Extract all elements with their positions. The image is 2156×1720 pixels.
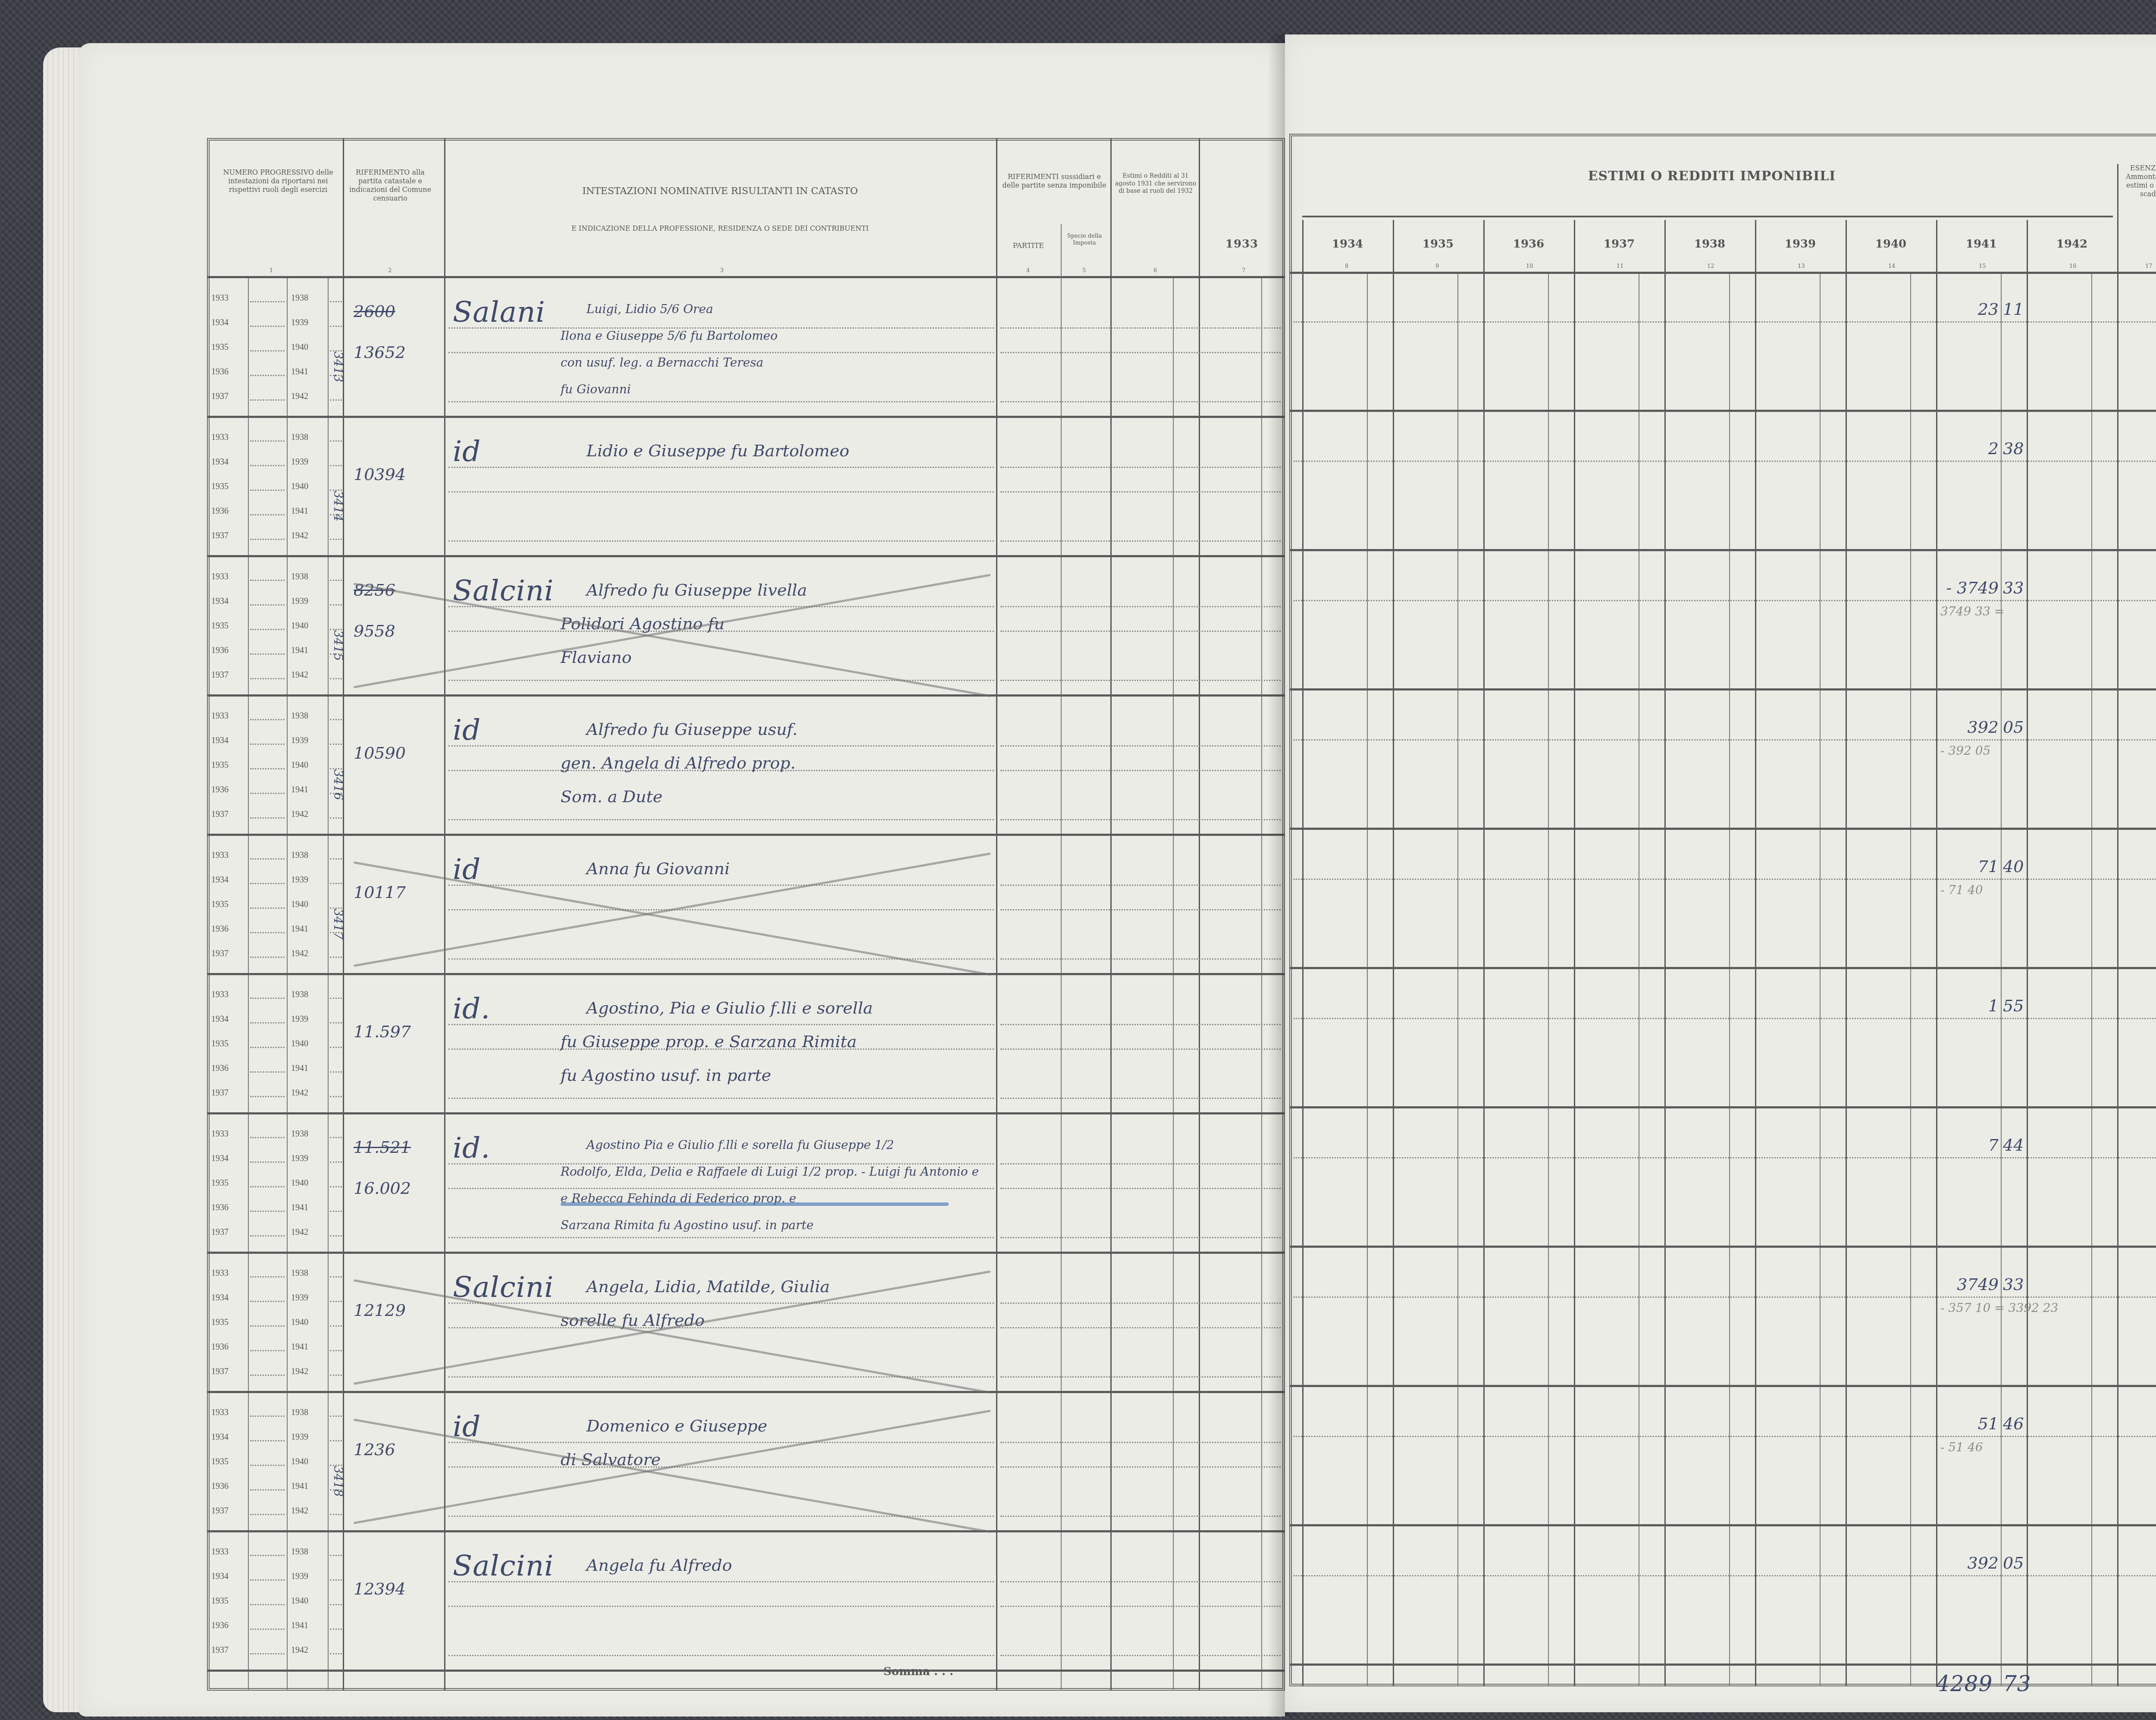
dotted-rule [330,1555,342,1556]
entry-line: Angela fu Alfredo [586,1556,732,1575]
dotted-rule [250,301,285,302]
dotted-rule [250,1325,285,1327]
dotted-rule [330,301,342,302]
dotted-rule [250,1047,285,1048]
entry-partita: 9558 [354,621,395,640]
dotted-rule [1294,1157,2156,1158]
dotted-rule [1294,1436,2156,1437]
year-label: 1937 [211,1088,229,1098]
dotted-rule [330,998,342,999]
dotted-rule [1000,1098,1281,1099]
year-label: 1933 [211,1408,229,1418]
value-1941-lire: 1 [1945,996,1999,1015]
dotted-rule [330,1211,342,1212]
dotted-rule [1000,540,1281,542]
dotted-rule [1000,1442,1281,1443]
dotted-rule [1000,1048,1281,1050]
entry-line: Sarzana Rimita fu Agostino usuf. in part… [561,1218,814,1232]
year-label: 1940 [291,1596,308,1606]
grid-line [287,278,288,1691]
value-1941-lire: 392 [1945,718,1999,737]
dotted-rule [330,1629,342,1630]
dotted-rule [250,465,285,466]
dotted-rule [250,539,285,540]
entry-line: Alfredo fu Giuseppe livella [586,581,807,599]
grid-line [1639,274,1639,1686]
subheader-rule [1302,216,2113,217]
value-1941-pencil-note: - 357 10 = 3392 23 [1940,1301,2058,1315]
dotted-rule [1000,1581,1281,1582]
row-divider [1289,688,2156,691]
dotted-rule [1000,1188,1281,1189]
dotted-rule [330,465,342,466]
dotted-rule [250,1071,285,1073]
entry-partita: 12129 [354,1301,406,1320]
year-label: 1942 [291,810,308,819]
dotted-rule [250,1137,285,1138]
value-1941-cent: 55 [2003,996,2024,1015]
sum-1941-cent: 73 [2003,1671,2031,1696]
dotted-rule [1000,1024,1281,1025]
dotted-rule [250,1022,285,1023]
dotted-rule [1000,1303,1281,1304]
dotted-rule [250,490,285,491]
entry-line: Ilona e Giuseppe 5/6 fu Bartolomeo [561,329,777,343]
value-1941-cent: 33 [2003,1275,2024,1294]
dotted-rule [1294,600,2156,601]
year-label: 1939 [291,1014,308,1024]
grid-line [1457,274,1458,1686]
grid-line [2001,274,2002,1686]
entry-line: Flaviano [561,648,632,667]
dotted-rule [330,957,342,958]
entry-prog-number: 3417 [331,909,345,939]
dotted-rule [330,1375,342,1376]
year-label: 1934 [211,318,229,328]
dotted-rule [250,440,285,442]
year-label: 1942 [291,670,308,680]
entry-partita: 10117 [354,883,406,902]
dotted-rule [250,1211,285,1212]
dotted-rule [330,1350,342,1351]
dotted-rule [1000,606,1281,607]
year-label: 1936 [211,785,229,795]
year-label: 1938 [291,851,308,860]
colnum-17: 17 [2145,263,2153,270]
dotted-rule [250,719,285,720]
dotted-rule [1000,885,1281,886]
year-label: 1933 [211,572,229,582]
year-label: 1935 [211,1318,229,1328]
year-label: 1941 [291,367,308,377]
year-label: 1942 [291,531,308,541]
left-page: NUMERO PROGRESSIVO delle intestazioni da… [78,43,1285,1717]
dotted-rule [330,440,342,442]
dotted-rule [448,909,994,910]
entry-line: Anna fu Giovanni [586,859,730,878]
entry-line: Angela, Lidia, Matilde, Giulia [586,1277,830,1296]
header-year: 1941 [1936,237,2027,251]
dotted-rule [330,883,342,884]
entry-divider [207,973,1285,975]
year-label: 1938 [291,1129,308,1139]
dotted-rule [1294,321,2156,323]
header-riferimenti: RIFERIMENTI sussidiari e delle partite s… [998,173,1110,190]
header-rule-right [1289,272,2156,274]
dotted-rule [330,858,342,860]
dotted-rule [448,540,994,542]
value-1941-cent: 05 [2003,718,2024,737]
dotted-rule [1000,770,1281,771]
colnum-year: 9 [1435,263,1439,270]
grid-line [1936,220,1937,1686]
colnum-1: 1 [269,267,273,274]
colnum-3: 3 [720,267,724,274]
value-1941-lire: 71 [1945,857,1999,876]
dotted-rule [1000,1327,1281,1328]
dotted-rule [330,1579,342,1581]
dotted-rule [1294,1018,2156,1019]
year-label: 1938 [291,293,308,303]
dotted-rule [250,1489,285,1491]
year-label: 1942 [291,1088,308,1098]
dotted-rule [1000,1237,1281,1238]
colnum-6: 6 [1153,267,1157,274]
year-label: 1934 [211,1293,229,1303]
dotted-rule [330,1301,342,1302]
year-label: 1941 [291,1064,308,1073]
grid-line [444,138,445,1691]
entry-partita: 10590 [354,744,406,763]
year-label: 1936 [211,1481,229,1491]
dotted-rule [330,678,342,679]
year-label: 1933 [211,1268,229,1278]
grid-line [248,278,249,1691]
header-year: 1939 [1755,237,1846,251]
year-label: 1941 [291,1342,308,1352]
entry-partita: 10394 [354,465,406,484]
entry-partita: 16.002 [354,1179,411,1198]
header-partite: PARTITE [998,242,1059,250]
dotted-rule [1000,467,1281,468]
grid-line [1846,220,1847,1686]
year-label: 1939 [291,1572,308,1582]
dotted-rule [250,1514,285,1515]
dotted-rule [250,932,285,933]
dotted-rule [330,1071,342,1073]
year-label: 1940 [291,760,308,770]
grid-line [1820,274,1821,1686]
row-divider [1289,1246,2156,1248]
year-label: 1939 [291,1293,308,1303]
year-label: 1936 [211,924,229,934]
value-1941-cent: 11 [2003,300,2024,319]
dotted-rule [250,514,285,515]
row-divider [1289,1106,2156,1108]
dotted-rule [330,817,342,819]
entry-divider [207,1670,1285,1672]
value-1941-lire: 7 [1945,1136,1999,1155]
dotted-rule [330,1235,342,1237]
dotted-rule [1000,958,1281,960]
year-label: 1940 [291,1318,308,1328]
year-label: 1935 [211,1178,229,1188]
dotted-rule [1000,1516,1281,1517]
blue-underline [561,1202,949,1206]
dotted-rule [1000,1655,1281,1656]
colnum-5: 5 [1082,267,1086,274]
year-label: 1935 [211,621,229,631]
value-1941-cent: 46 [2003,1414,2024,1433]
year-label: 1938 [291,711,308,721]
dotted-rule [448,1606,994,1607]
year-label: 1942 [291,1506,308,1516]
sum-1941-lire: 4289 [1936,1671,1993,1696]
dotted-rule [330,744,342,745]
colnum-year: 8 [1345,263,1348,270]
year-label: 1933 [211,1547,229,1557]
year-label: 1941 [291,785,308,795]
year-label: 1938 [291,433,308,443]
year-label: 1937 [211,1227,229,1237]
entry-surname: Salcini [453,1549,554,1582]
value-1941-cent: 40 [2003,857,2024,876]
dotted-rule [448,1237,994,1238]
year-label: 1941 [291,1481,308,1491]
dotted-rule [1294,1296,2156,1298]
entry-surname: Salcini [453,1271,554,1304]
value-1941-lire: 51 [1945,1414,1999,1433]
row-divider [1289,967,2156,969]
row-divider [1289,410,2156,412]
year-label: 1942 [291,1645,308,1655]
dotted-rule [250,653,285,655]
dotted-rule [250,883,285,884]
dotted-rule [330,1186,342,1187]
entry-divider [207,416,1285,418]
header-col3-title: INTESTAZIONI NOMINATIVE RISULTANTI IN CA… [448,185,992,198]
year-label: 1937 [211,1645,229,1655]
row-divider [1289,1664,2156,1666]
entry-divider [207,1391,1285,1393]
dotted-rule [250,793,285,794]
year-label: 1935 [211,1457,229,1467]
colnum-4: 4 [1026,267,1030,274]
header-esenzioni: ESENZIONI — Ammontare degli estimi o red… [2119,164,2156,198]
year-label: 1940 [291,1039,308,1049]
grid-line [1367,274,1368,1686]
entry-line: con usuf. leg. a Bernacchi Teresa [561,355,764,370]
year-label: 1935 [211,1596,229,1606]
row-divider [1289,549,2156,551]
entry-surname: id [453,435,481,468]
dotted-rule [1000,819,1281,820]
year-label: 1936 [211,1203,229,1213]
sum-label: Somma . . . [854,1665,983,1679]
value-1941-pencil-note: - 392 05 [1940,744,1990,758]
entry-surname: id. [453,992,490,1025]
dotted-rule [250,817,285,819]
dotted-rule [330,1096,342,1097]
year-label: 1940 [291,621,308,631]
grid-line [996,138,997,1691]
dotted-rule [448,745,994,747]
grid-line [2117,164,2118,1686]
colnum-year: 11 [1617,263,1624,270]
dotted-rule [1000,491,1281,493]
dotted-rule [250,907,285,909]
grid-line [1261,278,1262,1691]
year-label: 1933 [211,433,229,443]
dotted-rule [330,580,342,581]
entry-partita-old: 11.521 [354,1138,411,1157]
year-label: 1939 [291,596,308,606]
entry-surname: id [453,713,481,747]
right-table [1289,134,2156,1686]
dotted-rule [448,1655,994,1656]
dotted-rule [1000,401,1281,402]
dotted-rule [330,1514,342,1515]
entry-divider [207,1252,1285,1254]
dotted-rule [1000,745,1281,747]
ledger-book: NUMERO PROGRESSIVO delle intestazioni da… [26,17,2156,1717]
dotted-rule [448,352,994,353]
entry-prog-number: 3413 [331,352,345,382]
grid-line [1110,138,1112,1691]
entry-partita-old: 2600 [354,302,395,321]
dotted-rule [330,719,342,720]
dotted-rule [330,1276,342,1277]
year-label: 1940 [291,1178,308,1188]
entry-line: Agostino Pia e Giulio f.lli e sorella fu… [586,1138,894,1152]
dotted-rule [250,1350,285,1351]
header-estimi-imponibili: ESTIMI O REDDITI IMPONIBILI [1302,168,2122,185]
value-1941-lire: 392 [1945,1554,1999,1572]
year-label: 1936 [211,1342,229,1352]
year-label: 1940 [291,900,308,910]
dotted-rule [330,1161,342,1163]
entry-line: Agostino, Pia e Giulio f.lli e sorella [586,998,873,1017]
entry-prog-number: 3416 [331,769,345,800]
year-label: 1934 [211,1014,229,1024]
year-label: 1941 [291,646,308,656]
dotted-rule [330,1604,342,1605]
year-label: 1934 [211,596,229,606]
value-1941-pencil-note: - 71 40 [1940,883,1983,897]
entry-prog-number: 3414 [331,491,345,521]
dotted-rule [250,604,285,606]
header-col3-sub: E INDICAZIONE DELLA PROFESSIONE, RESIDEN… [448,224,992,233]
dotted-rule [1000,1606,1281,1607]
dotted-rule [330,1022,342,1023]
dotted-rule [250,744,285,745]
year-label: 1940 [291,482,308,492]
entry-partita: 11.597 [354,1022,411,1041]
dotted-rule [250,957,285,958]
year-label: 1934 [211,1154,229,1164]
grid-line [1199,138,1200,1691]
year-label: 1933 [211,711,229,721]
year-label: 1937 [211,810,229,819]
year-label: 1938 [291,1408,308,1418]
year-label: 1936 [211,506,229,516]
entry-line: Som. a Dute [561,787,663,806]
colnum-year: 13 [1798,263,1805,270]
grid-line [1302,220,1304,1686]
entry-line: fu Giovanni [561,382,631,396]
dotted-rule [250,768,285,769]
colnum-year: 15 [1979,263,1986,270]
year-label: 1942 [291,392,308,402]
right-page: Mod. 111 - Imposte Dirette (Intercalare)… [1285,35,2156,1712]
entry-partita: 1236 [354,1440,395,1459]
dotted-rule [250,858,285,860]
header-specie: Specie della Imposta [1061,233,1108,247]
entry-line: Lidio e Giuseppe fu Bartolomeo [586,441,849,460]
dotted-rule [250,1555,285,1556]
header-col2: RIFERIMENTO alla partita catastale e ind… [345,168,436,203]
dotted-rule [330,1325,342,1327]
dotted-rule [250,350,285,352]
grid-line [1548,274,1549,1686]
colnum-year: 10 [1526,263,1533,270]
entry-line: Luigi, Lidio 5/6 Orea [586,302,713,316]
year-label: 1938 [291,572,308,582]
header-year: 1936 [1483,237,1574,251]
entry-line: Rodolfo, Elda, Delia e Raffaele di Luigi… [561,1164,979,1179]
dotted-rule [448,491,994,493]
year-label: 1939 [291,875,308,885]
value-1941-lire: 2 [1945,439,1999,458]
grid-line [2091,274,2092,1686]
grid-line [1755,220,1756,1686]
row-divider [1289,1385,2156,1387]
entry-divider [207,834,1285,836]
dotted-rule [448,401,994,402]
grid-line [1483,220,1485,1686]
row-divider [1289,1524,2156,1526]
dotted-rule [250,399,285,401]
entry-partita: 13652 [354,343,406,362]
value-1941-cent: 05 [2003,1554,2024,1572]
entry-prog-number: 3418 [331,1466,345,1497]
year-label: 1934 [211,457,229,467]
header-col1: NUMERO PROGRESSIVO delle intestazioni da… [213,168,343,194]
dotted-rule [250,1440,285,1441]
dotted-rule [1294,1575,2156,1576]
dotted-rule [1000,352,1281,353]
year-label: 1935 [211,482,229,492]
grid-line [328,278,329,1691]
dotted-rule [1000,1163,1281,1164]
header-year: 1935 [1393,237,1483,251]
year-label: 1933 [211,851,229,860]
year-label: 1933 [211,293,229,303]
year-label: 1937 [211,1506,229,1516]
dotted-rule [330,539,342,540]
dotted-rule [250,1465,285,1466]
grid-line [2027,220,2028,1686]
year-label: 1934 [211,1432,229,1442]
dotted-rule [448,1327,994,1328]
header-year: 1934 [1302,237,1393,251]
dotted-rule [250,375,285,376]
year-label: 1934 [211,736,229,746]
dotted-rule [448,1442,994,1443]
entry-line: Domenico e Giuseppe [586,1416,767,1435]
year-label: 1936 [211,1064,229,1073]
grid-line [1173,278,1174,1691]
